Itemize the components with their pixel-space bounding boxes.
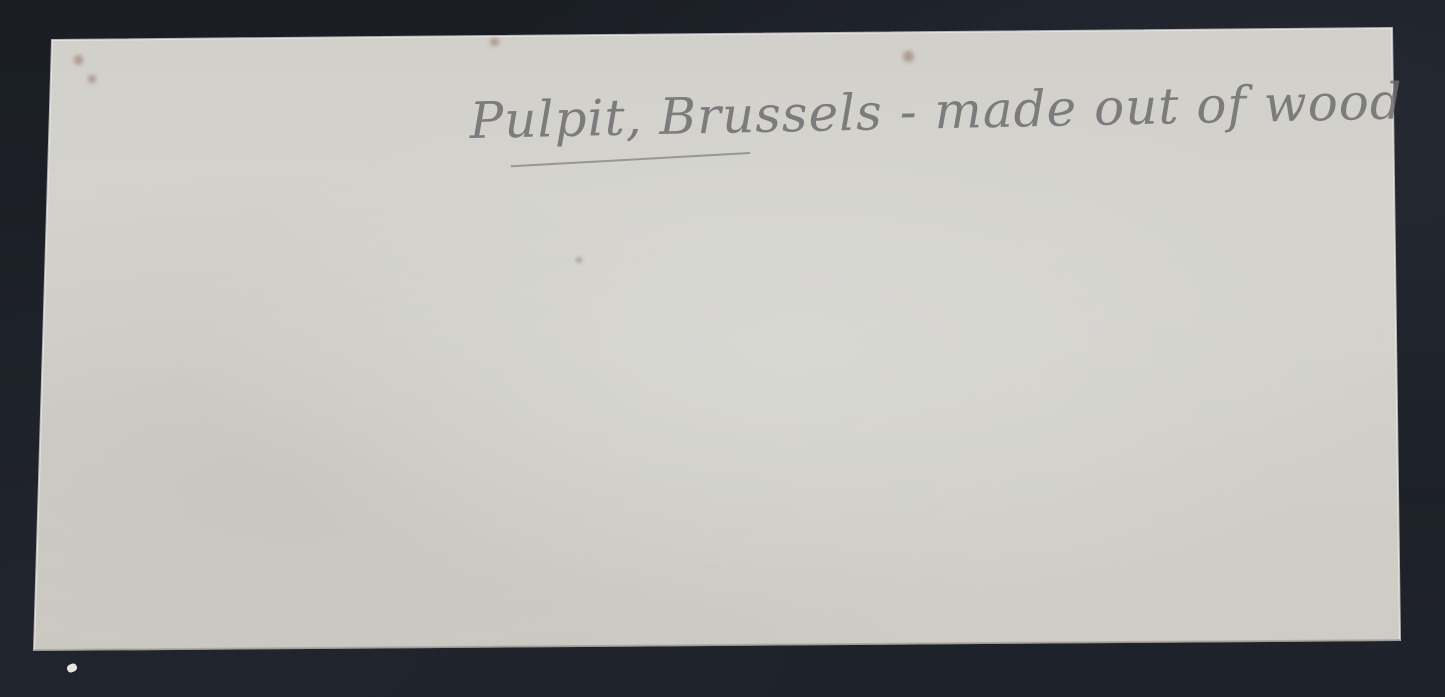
stain-mark bbox=[74, 55, 83, 65]
inscription-underline bbox=[511, 152, 751, 167]
stain-mark bbox=[490, 38, 499, 46]
photo-scene: Pulpit, Brussels - made out of wood bbox=[0, 0, 1445, 697]
stain-mark bbox=[903, 51, 914, 62]
debris-chip bbox=[66, 662, 78, 673]
stain-mark bbox=[577, 258, 581, 262]
stain-mark bbox=[88, 75, 96, 83]
